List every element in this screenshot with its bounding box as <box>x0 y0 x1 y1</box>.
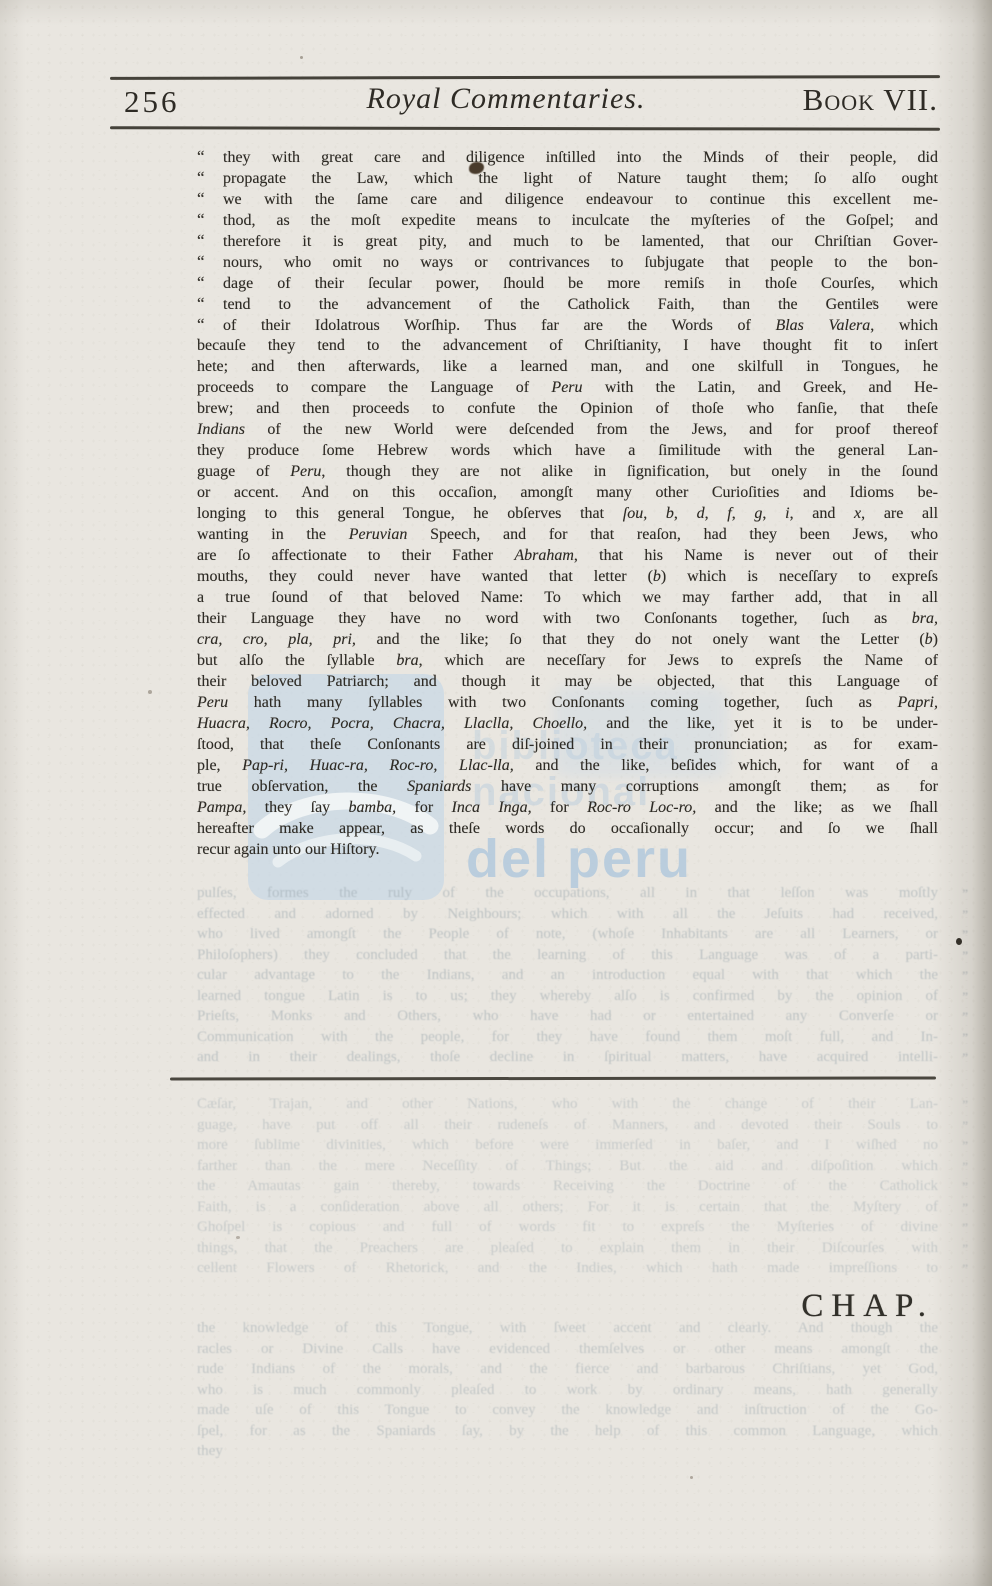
ghost-line: effected and adorned by Neighbours; whic… <box>197 904 938 925</box>
ghost-quote-mark: ” <box>962 966 968 987</box>
ghost-quote-mark: ” <box>962 1259 968 1280</box>
body-text-line: “they with great care and diligence inſt… <box>197 146 938 167</box>
paper-speck <box>236 1236 240 1239</box>
ghost-line: things, that the Preachers are pleaſed t… <box>197 1238 938 1259</box>
ghost-line: cellent Flowers of Rhetorick, and the In… <box>197 1258 938 1279</box>
ghost-quote-mark: ” <box>962 1007 968 1028</box>
quote-mark: “ <box>197 209 223 230</box>
quote-mark: “ <box>197 272 223 293</box>
body-text-line: guage of Peru, though they are not alike… <box>197 461 938 482</box>
ghost-line: Communication with the people, for they … <box>197 1027 938 1048</box>
ghost-line: they <box>197 1441 938 1462</box>
body-text-line: mouths, they could never have wanted tha… <box>197 566 938 587</box>
body-text-line: “therefore it is great pity, and much to… <box>197 230 938 251</box>
ghost-text-below-catchword: the knowledge of this Tongue, with ſweet… <box>197 1318 938 1462</box>
ghost-line: who lived amongſt the People of note, (w… <box>197 924 938 945</box>
ghost-line: more ſublime divinities, which before we… <box>197 1135 938 1156</box>
quote-mark: “ <box>197 251 223 272</box>
body-text-line: “nours, who omit no ways or contrivances… <box>197 251 938 272</box>
ghost-quote-mark: ” <box>962 1048 968 1069</box>
ghost-line: Prieſts, Monks and Others, who have had … <box>197 1006 938 1027</box>
ghost-quote-mark: ” <box>962 905 968 926</box>
paper-speck <box>300 56 303 59</box>
ghost-line: racles or Divine Calls have evidenced th… <box>197 1339 938 1360</box>
ghost-line: and in their dealings, thoſe decline in … <box>197 1047 938 1068</box>
book-label: Book VII. <box>700 82 938 118</box>
ghost-line: Ghoſpel is copious and full of words fit… <box>197 1217 938 1238</box>
ghost-quote-mark: ” <box>962 1218 968 1239</box>
body-text-line: ſtood, that theſe Conſonants are diſ-joi… <box>197 734 938 755</box>
body-text-line: hete; and then afterwards, like a learne… <box>197 356 938 377</box>
body-text-line: are ſo affectionate to their Father Abra… <box>197 545 938 566</box>
ghost-line: Philoſophers) they concluded that the le… <box>197 945 938 966</box>
body-text: “they with great care and diligence inſt… <box>197 146 938 860</box>
body-text-line: “of their Idolatrous Worſhip. Thus far a… <box>197 314 938 335</box>
body-text-line: “thod, as the moſt expedite means to inc… <box>197 209 938 230</box>
ghost-quote-mark: ” <box>962 987 968 1008</box>
ghost-quote-mark: ” <box>962 1239 968 1260</box>
ghost-line: rude Indians of the morals, and the fier… <box>197 1359 938 1380</box>
ghost-quote-mark: ” <box>962 946 968 967</box>
ghost-quote-mark: ” <box>962 1116 968 1137</box>
quote-mark: “ <box>197 293 223 314</box>
ghost-line: learned tongue Latin is to us; they wher… <box>197 986 938 1007</box>
ghost-text-below-rule: Cæſar, Trajan, and other Nations, who wi… <box>197 1094 938 1279</box>
ghost-line: Faith, is a conſideration above all othe… <box>197 1197 938 1218</box>
ghost-line: guage, have put off all their rudeneſs o… <box>197 1115 938 1136</box>
body-text-line: Indians of the new World were deſcended … <box>197 419 938 440</box>
ghost-quote-mark: ” <box>962 1198 968 1219</box>
quote-mark: “ <box>197 314 223 335</box>
paper-speck <box>690 1476 693 1479</box>
quote-mark: “ <box>197 230 223 251</box>
header-rule-bottom <box>110 126 940 130</box>
body-text-line: a true ſound of that beloved Name: To wh… <box>197 587 938 608</box>
ghost-quote-mark: ” <box>962 1157 968 1178</box>
body-text-line: cra, cro, pla, pri, and the like; ſo tha… <box>197 629 938 650</box>
quote-mark: “ <box>197 188 223 209</box>
body-text-line: wanting in the Peruvian Speech, and for … <box>197 524 938 545</box>
body-text-line: longing to this general Tongue, he obſer… <box>197 503 938 524</box>
body-text-line: true obſervation, the Spaniards have man… <box>197 776 938 797</box>
running-title: Royal Commentaries. <box>296 82 716 116</box>
ghost-line: farther than the mere Neceſſity of Thing… <box>197 1156 938 1177</box>
book-page-scan: 256 Royal Commentaries. Book VII. biblio… <box>0 0 992 1586</box>
body-text-line: brew; and then proceeds to confute the O… <box>197 398 938 419</box>
ghost-quote-mark: ” <box>962 884 968 905</box>
ghost-line: Cæſar, Trajan, and other Nations, who wi… <box>197 1094 938 1115</box>
body-text-line: ple, Pap-ri, Huac-ra, Roc-ro, Llac-lla, … <box>197 755 938 776</box>
mid-page-rule <box>170 1076 936 1080</box>
body-text-line: “tend to the advancement of the Catholic… <box>197 293 938 314</box>
quote-mark: “ <box>197 167 223 188</box>
body-text-line: “propagate the Law, which the light of N… <box>197 167 938 188</box>
ghost-quote-mark: ” <box>962 1177 968 1198</box>
body-text-line: hereafter make appear, as theſe words do… <box>197 818 938 839</box>
body-text-line: their Language they have no word with tw… <box>197 608 938 629</box>
paper-speck <box>148 690 152 694</box>
quote-mark: “ <box>197 146 223 167</box>
body-text-line: or accent. And on this occaſion, amongſt… <box>197 482 938 503</box>
ghost-quote-mark: ” <box>962 1095 968 1116</box>
body-text-line: becauſe they tend to the advancement of … <box>197 335 938 356</box>
ghost-quote-mark: ” <box>962 1028 968 1049</box>
body-text-line: “dage of their ſecular power, ſhould be … <box>197 272 938 293</box>
header-rule-top <box>110 75 940 80</box>
body-text-line: “we with the ſame care and diligence end… <box>197 188 938 209</box>
ghost-line: who is much commonly pleaſed to work by … <box>197 1380 938 1401</box>
page-number: 256 <box>124 84 180 120</box>
ghost-quote-mark: ” <box>962 925 968 946</box>
body-text-line: their beloved Patriarch; and though it m… <box>197 671 938 692</box>
paper-speck <box>956 938 962 945</box>
body-text-line: they produce ſome Hebrew words which hav… <box>197 440 938 461</box>
ghost-line: cular advantage to the Indians, and an i… <box>197 965 938 986</box>
ghost-line: the knowledge of this Tongue, with ſweet… <box>197 1318 938 1339</box>
ghost-line: ſpel, for as the Spaniards ſay, by the h… <box>197 1421 938 1442</box>
ghost-text-above-rule: pulſes, formes the ruly of the occupatio… <box>197 883 938 1068</box>
body-text-line: Pampa, they ſay bamba, for Inca Inga, fo… <box>197 797 938 818</box>
body-text-line: Peru hath many ſyllables with two Conſon… <box>197 692 938 713</box>
ghost-line: the Amautas gain thereby, towards Receiv… <box>197 1176 938 1197</box>
paper-speck <box>872 300 876 303</box>
body-text-line: proceeds to compare the Language of Peru… <box>197 377 938 398</box>
body-text-line: Huacra, Rocro, Pocra, Chacra, Llaclla, C… <box>197 713 938 734</box>
ghost-line: made uſe of this Tongue to convey the kn… <box>197 1400 938 1421</box>
ghost-quote-mark: ” <box>962 1136 968 1157</box>
ghost-line: pulſes, formes the ruly of the occupatio… <box>197 883 938 904</box>
body-text-line: recur again unto our Hiſtory. <box>197 839 938 860</box>
body-text-line: but alſo the ſyllable bra, which are nec… <box>197 650 938 671</box>
